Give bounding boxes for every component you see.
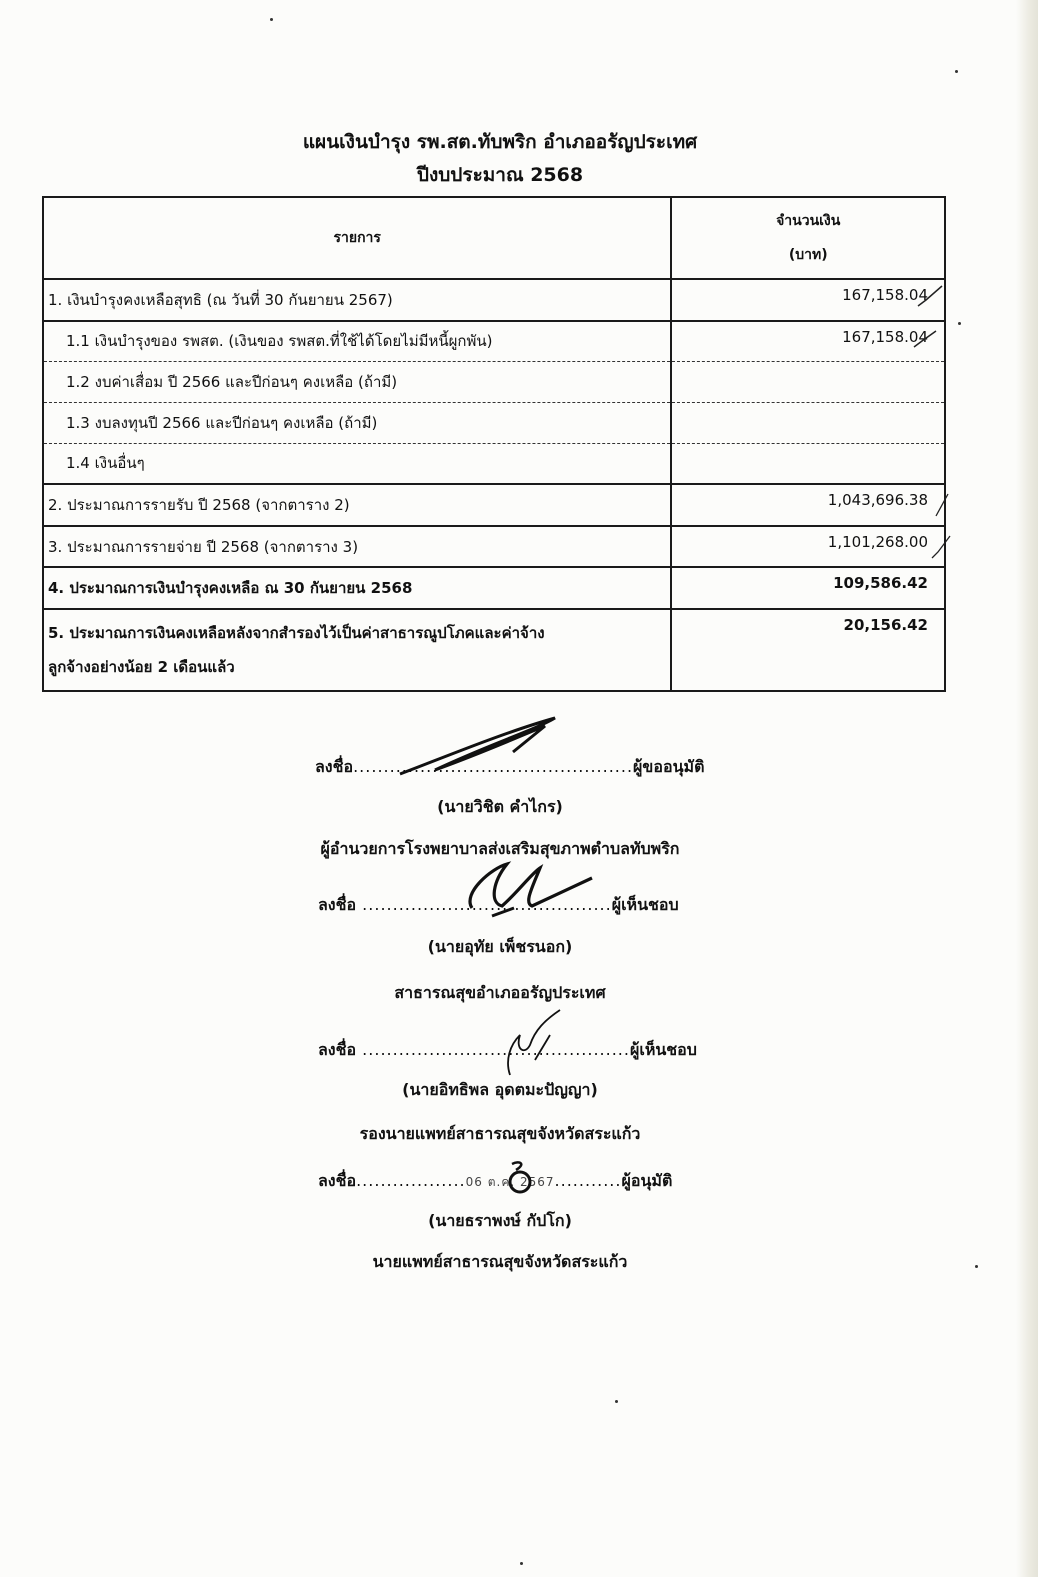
fiscal-year-title: ปีงบประมาณ 2568 (0, 160, 1000, 190)
check-mark-icon (934, 490, 954, 520)
signer-position: สาธารณสุขอำเภออรัญประเทศ (0, 983, 1000, 1003)
table-header-row: รายการ จำนวนเงิน (บาท) (43, 197, 945, 279)
table-row: 5. ประมาณการเงินคงเหลือหลังจากสำรองไว้เป… (43, 609, 945, 691)
signer-position: นายแพทย์สาธารณสุขจังหวัดสระแก้ว (0, 1252, 1000, 1272)
table-row: 1.2 งบค่าเสื่อม ปี 2566 และปีก่อนๆ คงเหล… (43, 361, 945, 402)
table-row: 2. ประมาณการรายรับ ปี 2568 (จากตาราง 2) … (43, 484, 945, 526)
check-mark-icon (912, 325, 942, 355)
budget-plan-table: รายการ จำนวนเงิน (บาท) 1. เงินบำรุงคงเหล… (42, 196, 946, 692)
table-row: 1.1 เงินบำรุงของ รพสต. (เงินของ รพสต.ที่… (43, 321, 945, 361)
signer-name: (นายอิทธิพล อุดตมะปัญญา) (0, 1080, 1000, 1100)
scan-speck (958, 322, 961, 325)
handwritten-signature (500, 1158, 540, 1198)
table-row: 1.3 งบลงทุนปี 2566 และปีก่อนๆ คงเหลือ (ถ… (43, 402, 945, 443)
scan-speck (615, 1400, 618, 1403)
check-mark-icon (930, 532, 954, 562)
handwritten-signature (500, 1005, 575, 1080)
scan-speck (270, 18, 273, 21)
table-row: 1.4 เงินอื่นๆ (43, 443, 945, 484)
signer-name: (นายวิชิต คำไกร) (0, 797, 1000, 817)
scan-speck (520, 1562, 523, 1565)
paper-edge-shadow (1016, 0, 1038, 1577)
document-title: แผนเงินบำรุง รพ.สต.ทับพริก อำเภออรัญประเ… (0, 127, 1000, 157)
scan-speck (955, 70, 958, 73)
signer-name: (นายธราพงษ์ กัปโก) (0, 1211, 1000, 1231)
check-mark-icon (916, 282, 946, 312)
signer-name: (นายอุทัย เพ็ชรนอก) (0, 937, 1000, 957)
table-row: 3. ประมาณการรายจ่าย ปี 2568 (จากตาราง 3)… (43, 526, 945, 567)
sign-line: ลงชื่อ..................06 ต.ค. 2567....… (318, 1171, 672, 1192)
table-row: 4. ประมาณการเงินบำรุงคงเหลือ ณ 30 กันยาย… (43, 567, 945, 609)
header-item: รายการ (43, 197, 671, 279)
handwritten-signature (462, 858, 602, 923)
table-row: 1. เงินบำรุงคงเหลือสุทธิ (ณ วันที่ 30 กั… (43, 279, 945, 321)
header-amount: จำนวนเงิน (บาท) (671, 197, 945, 279)
signer-position: ผู้อำนวยการโรงพยาบาลส่งเสริมสุขภาพตำบลทั… (0, 839, 1000, 859)
signer-position: รองนายแพทย์สาธารณสุขจังหวัดสระแก้ว (0, 1124, 1000, 1144)
handwritten-signature (395, 712, 575, 777)
